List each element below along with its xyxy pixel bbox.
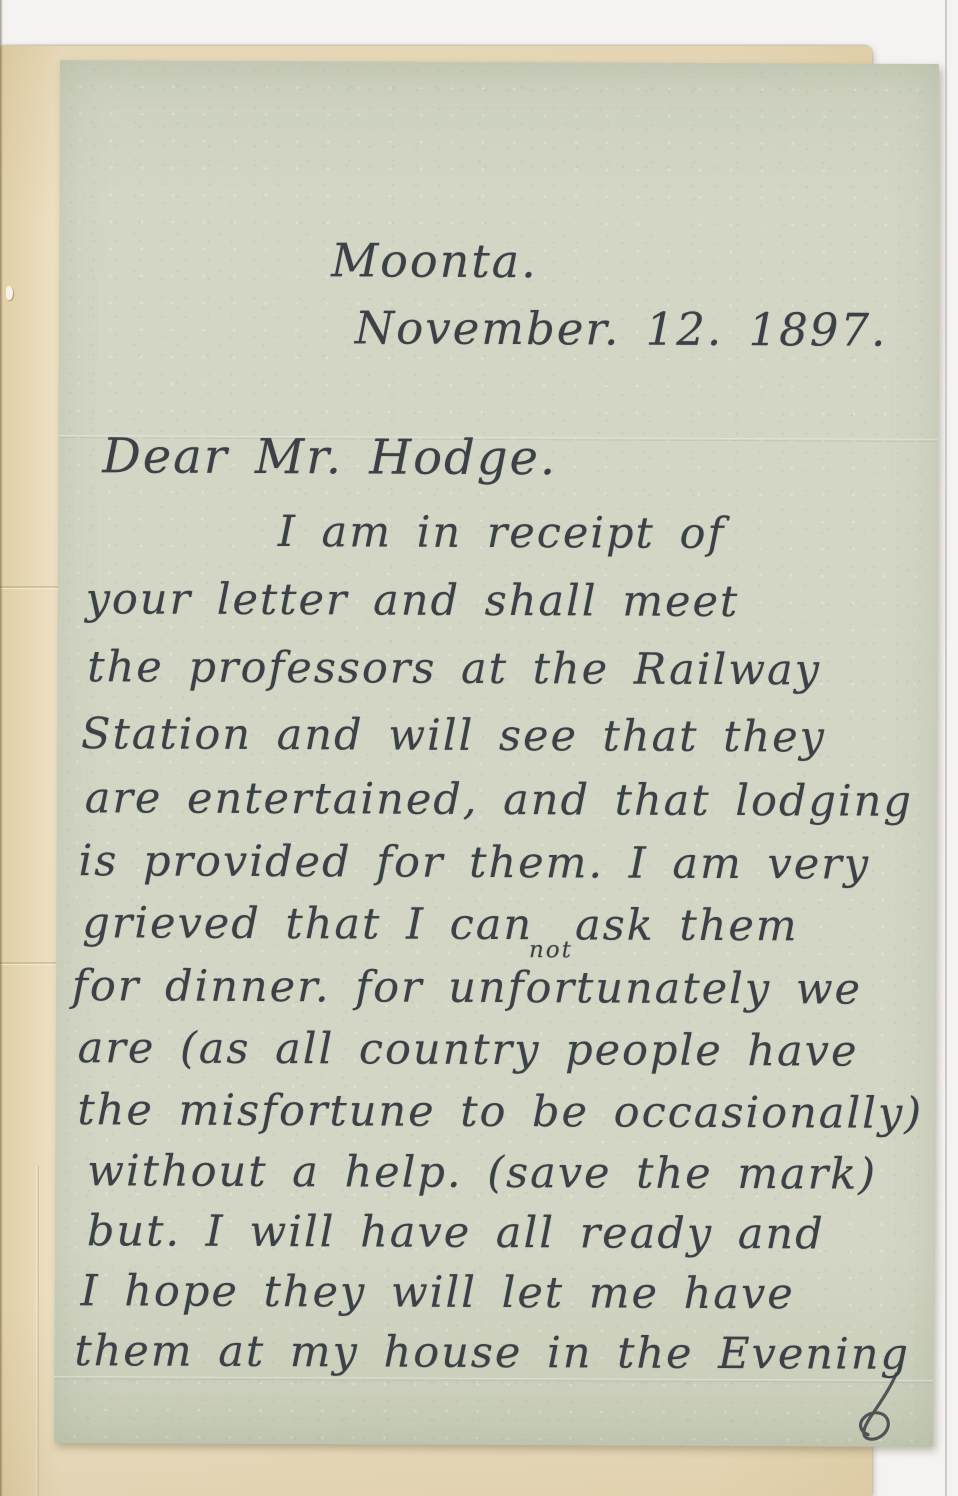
line-text: I hope they will let me have bbox=[81, 1266, 795, 1319]
letter-paper: Moonta. November. 12. 1897. Dear Mr. Hod… bbox=[54, 60, 939, 1447]
fold-crease bbox=[36, 1166, 39, 1496]
line-text: are entertained, and that lodging bbox=[85, 773, 913, 827]
fold-crease bbox=[0, 586, 58, 588]
line-text: without a help. (save the mark) bbox=[87, 1146, 877, 1199]
paper-nick bbox=[6, 286, 13, 300]
inserted-word: not bbox=[529, 937, 573, 963]
line-text: them at my house in the Evening bbox=[74, 1326, 910, 1380]
scanner-edge-line bbox=[945, 0, 947, 1496]
letter-line: Station and will see that they bbox=[81, 709, 826, 762]
scan-left-edge bbox=[0, 0, 3, 1496]
line-text: the professors at the Railway bbox=[87, 642, 821, 695]
letter-line: grieved that I cannotask them bbox=[82, 898, 799, 951]
line-text: Station and will see that they bbox=[81, 709, 826, 762]
letter-line: I am in receipt of bbox=[278, 507, 726, 559]
line-text: are (as all country people have bbox=[78, 1023, 859, 1076]
letter-line: are (as all country people have bbox=[78, 1023, 859, 1076]
letter-line: them at my house in the Evening bbox=[74, 1326, 910, 1380]
fold-crease bbox=[0, 962, 58, 964]
line-text: but. I will have all ready and bbox=[87, 1206, 825, 1259]
date-line: November. 12. 1897. bbox=[355, 301, 888, 356]
letter-line: the misfortune to be occasionally) bbox=[77, 1085, 923, 1139]
place-line: Moonta. bbox=[331, 233, 538, 288]
letter-line: is provided for them. I am very bbox=[78, 836, 870, 889]
salutation-line: Dear Mr. Hodge. bbox=[102, 428, 557, 486]
line-text: for dinner. for unfortunately we bbox=[72, 961, 862, 1014]
letter-line: but. I will have all ready and bbox=[87, 1206, 825, 1259]
line-text: the misfortune to be occasionally) bbox=[77, 1085, 923, 1139]
letter-line: I hope they will let me have bbox=[81, 1266, 795, 1319]
letter-line: for dinner. for unfortunately we bbox=[72, 961, 862, 1014]
scanned-letter: Moonta. November. 12. 1897. Dear Mr. Hod… bbox=[0, 0, 958, 1496]
line-text: your letter and shall meet bbox=[86, 574, 740, 627]
line-text: ask them bbox=[575, 900, 799, 951]
line-text: is provided for them. I am very bbox=[78, 836, 870, 889]
letter-line: the professors at the Railway bbox=[87, 642, 821, 695]
flourish-mark bbox=[844, 1372, 914, 1444]
line-text: grieved that I can bbox=[82, 898, 533, 950]
letter-line: are entertained, and that lodging bbox=[85, 773, 913, 827]
letter-line: without a help. (save the mark) bbox=[87, 1146, 877, 1199]
letter-line: your letter and shall meet bbox=[86, 574, 740, 627]
